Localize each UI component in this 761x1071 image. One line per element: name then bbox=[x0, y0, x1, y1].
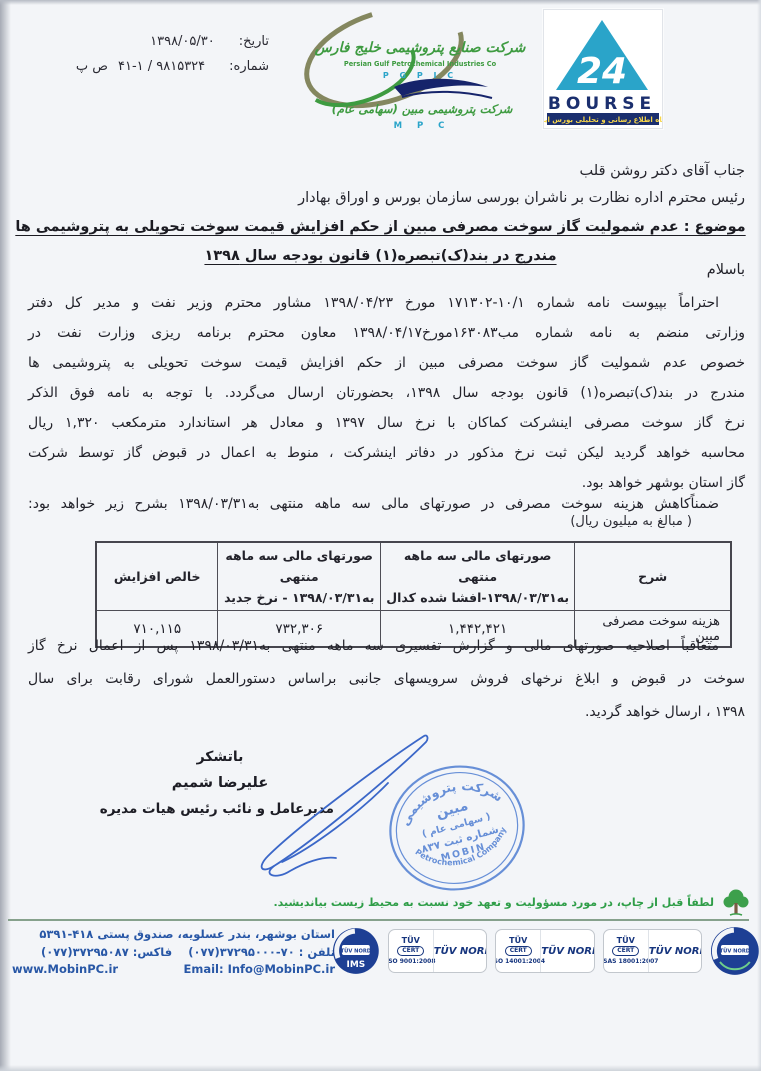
bourse-numeral: 24 bbox=[577, 51, 627, 92]
body-line: سوخت در قبوض و ابلاغ نرخهای فروش سرویسها… bbox=[28, 663, 745, 696]
cert-text: CERT bbox=[397, 946, 424, 956]
web-email-line: Email: Info@MobinPC.ir www.MobinPC.ir bbox=[10, 961, 335, 979]
body-line: مندرج در بند(ک)تبصره(۱) قانون بودجه سال … bbox=[28, 378, 745, 408]
email-address: Email: Info@MobinPC.ir bbox=[183, 961, 335, 979]
cert-text: CERT bbox=[505, 946, 532, 956]
body-line: وزارتی منضم به نامه شماره مب۱۶۳۰۸۳مورخ۱۳… bbox=[28, 318, 745, 348]
fax-value: (۰۷۷)۳۷۲۹۵۰۸۷ bbox=[41, 944, 129, 962]
ims-brand-text: TÜV NORD bbox=[341, 947, 372, 954]
tuv-cert-seal: TÜV CERT ISO 9001:2008 bbox=[389, 935, 433, 967]
col-header-desc: شرح bbox=[575, 542, 731, 611]
ims-label-text: IMS bbox=[347, 960, 366, 970]
brand-text: TÜV NORD bbox=[649, 946, 703, 957]
body-line: متعاقباً اصلاحیه صورتهای مالی و گزارش تف… bbox=[28, 630, 745, 663]
scan-edge-bottom bbox=[0, 1065, 761, 1071]
cert-badge-ohsas18001: TÜV CERT OHSAS 18001:2007 TÜV NORD bbox=[603, 929, 703, 973]
subject-block: موضوع : عدم شمولیت گاز سوخت مصرفی مبین ا… bbox=[14, 213, 747, 271]
tuv-nord-wordmark: TÜV NORD bbox=[648, 930, 703, 972]
letter-date-row: تاریخ: ۱۳۹۸/۰۵/۳۰ bbox=[55, 34, 269, 49]
company-stamp: شرکت پتروشیمی مبین ( سهامی عام ) شماره ث… bbox=[381, 755, 533, 901]
number-value: ۴۱-۱ / ۹۸۱۵۳۲۴ bbox=[118, 59, 205, 74]
phone-fax-line: تلفن : (۰۷۷)۳۷۲۹۵۰۰۰-۷۰ فاکس: (۰۷۷)۳۷۲۹۵… bbox=[10, 944, 335, 962]
pgpic-title-en: Persian Gulf Petrochemical Industries Co bbox=[344, 60, 497, 68]
iso-number: ISO 14001:2004 bbox=[495, 958, 545, 965]
cert-text: CERT bbox=[612, 946, 639, 956]
mpc-abbr: M P C bbox=[394, 121, 451, 131]
letter-number-row: شماره: ۴۱-۱ / ۹۸۱۵۳۲۴ ص پ bbox=[55, 59, 269, 74]
fax-label: فاکس: bbox=[133, 945, 172, 959]
tuv-text: TÜV bbox=[402, 937, 420, 945]
scan-edge-right bbox=[757, 0, 761, 1071]
mpc-title-fa: شرکت پتروشیمی مبین (سهامی عام) bbox=[332, 102, 514, 117]
recipient-name: جناب آقای دکتر روشن قلب bbox=[298, 158, 745, 185]
address-text: استان بوشهر، بندر عسلویه، صندوق پستی bbox=[97, 927, 335, 941]
tuv-nord-circle-logo: TÜV NORD bbox=[710, 926, 760, 976]
recipient-block: جناب آقای دکتر روشن قلب رئیس محترم اداره… bbox=[298, 158, 745, 212]
tuv-nord-wordmark: TÜV NORD bbox=[433, 930, 488, 972]
col-header-disclosed: صورتهای مالی سه ماهه منتهی به۱۳۹۸/۰۳/۳۱-… bbox=[381, 542, 575, 611]
pgpic-title-fa: شرکت صنایع پتروشیمی خلیج فارس bbox=[314, 40, 527, 56]
website-url: www.MobinPC.ir bbox=[12, 961, 118, 979]
tuv-cert-seal: TÜV CERT OHSAS 18001:2007 bbox=[604, 935, 648, 967]
body-line: خصوص عدم شمولیت گاز سوخت مصرفی مبین از ح… bbox=[28, 348, 745, 378]
tuv-cert-seal: TÜV CERT ISO 14001:2004 bbox=[496, 935, 540, 967]
tuv-text: TÜV bbox=[617, 937, 635, 945]
tuv-text: TÜV bbox=[509, 937, 527, 945]
brand-text: TÜV NORD bbox=[541, 946, 595, 957]
bourse-logo-graphic: 24 BOURSE پایگاه اطلاع رسانی و تحلیلی بو… bbox=[544, 10, 662, 128]
bourse-name: BOURSE bbox=[548, 94, 656, 114]
po-box: ۵۳۹۱-۴۱۸ bbox=[39, 926, 93, 944]
number-suffix: ص پ bbox=[76, 59, 108, 74]
bourse-tagline: پایگاه اطلاع رسانی و تحلیلی بورس ایران bbox=[544, 115, 662, 124]
number-label: شماره: bbox=[229, 59, 269, 74]
eco-note-row: لطفاً قبل از چاپ، در مورد مسؤولیت و تعهد… bbox=[274, 887, 752, 917]
body-paragraph-3: متعاقباً اصلاحیه صورتهای مالی و گزارش تف… bbox=[28, 630, 745, 729]
recipient-title: رئیس محترم اداره نظارت بر ناشران بورسی س… bbox=[298, 185, 745, 212]
cert-badge-iso14001: TÜV CERT ISO 14001:2004 TÜV NORD bbox=[495, 929, 595, 973]
tree-icon bbox=[721, 887, 751, 917]
col-header-new-rate: صورتهای مالی سه ماهه منتهی به۱۳۹۸/۰۳/۳۱ … bbox=[218, 542, 381, 611]
phone-label: تلفن : bbox=[299, 945, 335, 959]
pgpic-abbr: P G P I C bbox=[383, 71, 457, 80]
certification-logos-row: TÜV NORD IMS TÜV CERT ISO 9001:2008 TÜV … bbox=[332, 924, 760, 978]
subject-line-1: موضوع : عدم شمولیت گاز سوخت مصرفی مبین ا… bbox=[14, 213, 747, 242]
eco-note-text: لطفاً قبل از چاپ، در مورد مسؤولیت و تعهد… bbox=[274, 896, 715, 909]
cert-badge-iso9001: TÜV CERT ISO 9001:2008 TÜV NORD bbox=[388, 929, 488, 973]
signature-stroke bbox=[269, 858, 336, 876]
tuv-nord-ims-logo: TÜV NORD IMS bbox=[332, 927, 380, 975]
body-line: نرخ گاز سوخت مصرفی اینشرکت کماکان با نرخ… bbox=[28, 408, 745, 438]
col-header-net-increase: خالص افزایش bbox=[96, 542, 218, 611]
body-paragraph-1: احتراماً بپیوست نامه شماره ۱۰/۱-۱۷۱۳۰۲ م… bbox=[28, 288, 745, 498]
body-line: احتراماً بپیوست نامه شماره ۱۰/۱-۱۷۱۳۰۲ م… bbox=[28, 288, 745, 318]
letter-meta: تاریخ: ۱۳۹۸/۰۵/۳۰ شماره: ۴۱-۱ / ۹۸۱۵۳۲۴ … bbox=[55, 34, 269, 84]
subject-line-2: مندرج در بند(ک)تبصره(۱) قانون بودجه سال … bbox=[14, 242, 747, 271]
address-line: استان بوشهر، بندر عسلویه، صندوق پستی ۵۳۹… bbox=[10, 926, 335, 944]
tuv-nord-brand-text: TÜV NORD bbox=[720, 947, 751, 954]
phone-value: (۰۷۷)۳۷۲۹۵۰۰۰-۷۰ bbox=[188, 944, 295, 962]
table-note-text: ( مبالغ به میلیون ریال) bbox=[570, 514, 692, 529]
table-header-row: شرح صورتهای مالی سه ماهه منتهی به۱۳۹۸/۰۳… bbox=[96, 542, 731, 611]
date-value: ۱۳۹۸/۰۵/۳۰ bbox=[150, 34, 215, 49]
pgpic-mpc-logo: شرکت صنایع پتروشیمی خلیج فارس Persian Gu… bbox=[298, 5, 536, 137]
brand-text: TÜV NORD bbox=[434, 946, 488, 957]
tuv-nord-wordmark: TÜV NORD bbox=[540, 930, 595, 972]
contact-block: استان بوشهر، بندر عسلویه، صندوق پستی ۵۳۹… bbox=[10, 926, 335, 979]
letter-page: تاریخ: ۱۳۹۸/۰۵/۳۰ شماره: ۴۱-۱ / ۹۸۱۵۳۲۴ … bbox=[0, 0, 761, 1071]
iso-number: ISO 9001:2008 bbox=[388, 958, 436, 965]
body-line: ۱۳۹۸ ، ارسال خواهد گردید. bbox=[28, 696, 745, 729]
scan-edge-left bbox=[0, 0, 11, 1071]
salutation: باسلام bbox=[707, 262, 745, 278]
body-line: محاسبه خواهد گردید لیکن ثبت نرخ مذکور در… bbox=[28, 438, 745, 468]
date-label: تاریخ: bbox=[239, 34, 269, 49]
table-note: ( مبالغ به میلیون ریال) bbox=[28, 514, 744, 529]
footer-divider bbox=[8, 919, 749, 921]
bourse-logo: 24 BOURSE پایگاه اطلاع رسانی و تحلیلی بو… bbox=[543, 9, 663, 129]
